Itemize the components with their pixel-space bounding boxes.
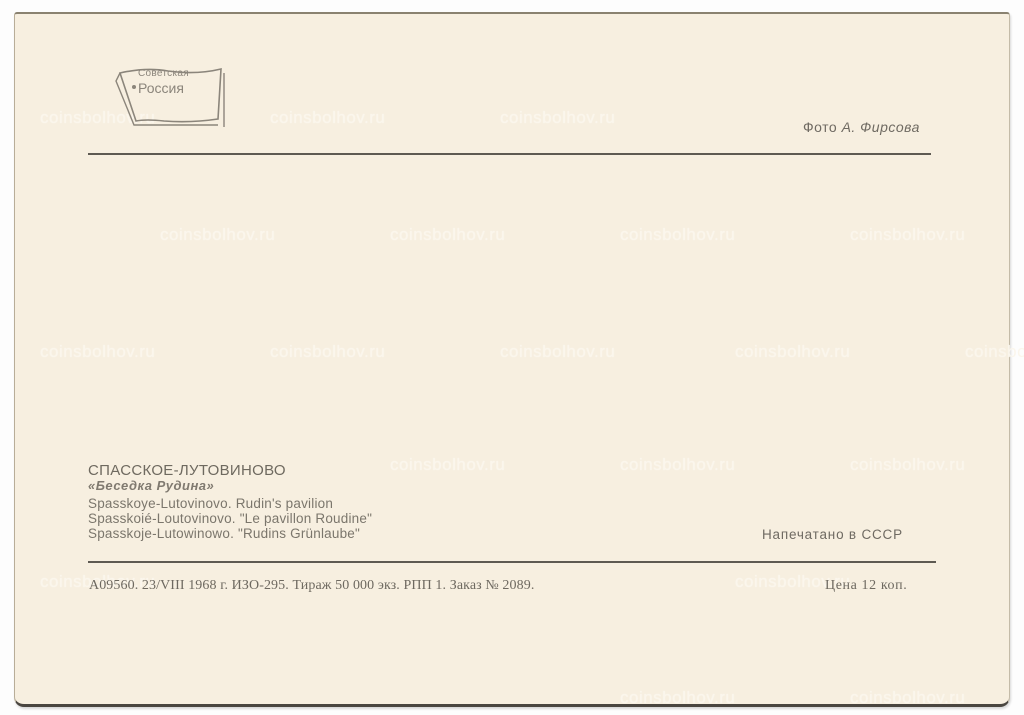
photo-credit: Фото А. Фирсова bbox=[803, 119, 920, 135]
watermark: coinsbolhov.ru bbox=[270, 108, 385, 128]
imprint-line: А09560. 23/VIII 1968 г. ИЗО-295. Тираж 5… bbox=[89, 578, 534, 594]
watermark: coinsbolhov.ru bbox=[850, 688, 965, 708]
caption-french: Spasskoié-Loutovinovo. "Le pavillon Roud… bbox=[88, 511, 372, 526]
logo-text-line1: Советская bbox=[138, 68, 189, 79]
watermark: coinsbolhov.ru bbox=[160, 225, 275, 245]
watermark: coinsbolhov.ru bbox=[620, 225, 735, 245]
watermark: coinsbolhov.ru bbox=[500, 108, 615, 128]
watermark: coinsbolhov.ru bbox=[390, 455, 505, 475]
photo-credit-prefix: Фото bbox=[803, 119, 837, 135]
top-divider bbox=[88, 153, 931, 155]
watermark: coinsbolhov.ru bbox=[390, 225, 505, 245]
watermark: coinsbolhov.ru bbox=[850, 455, 965, 475]
caption-subtitle-ru: «Беседка Рудина» bbox=[88, 478, 214, 493]
printed-in-ussr: Напечатано в СССР bbox=[762, 527, 903, 542]
watermark: coinsbolhov.ru bbox=[40, 342, 155, 362]
photographer-name: А. Фирсова bbox=[842, 119, 920, 135]
watermark: coinsbolhov.ru bbox=[620, 688, 735, 708]
watermark: coinsbolhov.ru bbox=[270, 342, 385, 362]
price: Цена 12 коп. bbox=[825, 578, 907, 594]
watermark: coinsbolhov.ru bbox=[620, 455, 735, 475]
caption-german: Spasskoje-Lutowinowo. "Rudins Grünlaube" bbox=[88, 526, 360, 541]
bottom-divider bbox=[88, 561, 936, 563]
logo-text-line2: Россия bbox=[138, 80, 184, 96]
publisher-logo: Советская Россия bbox=[106, 59, 226, 129]
watermark: coinsbolhov.ru bbox=[965, 342, 1024, 362]
caption-title-ru: СПАССКОЕ-ЛУТОВИНОВО bbox=[88, 462, 286, 479]
watermark: coinsbolhov.ru bbox=[850, 225, 965, 245]
watermark: coinsbolhov.ru bbox=[500, 342, 615, 362]
caption-english: Spasskoye-Lutovinovo. Rudin's pavilion bbox=[88, 496, 333, 511]
watermark: coinsbolhov.ru bbox=[735, 342, 850, 362]
